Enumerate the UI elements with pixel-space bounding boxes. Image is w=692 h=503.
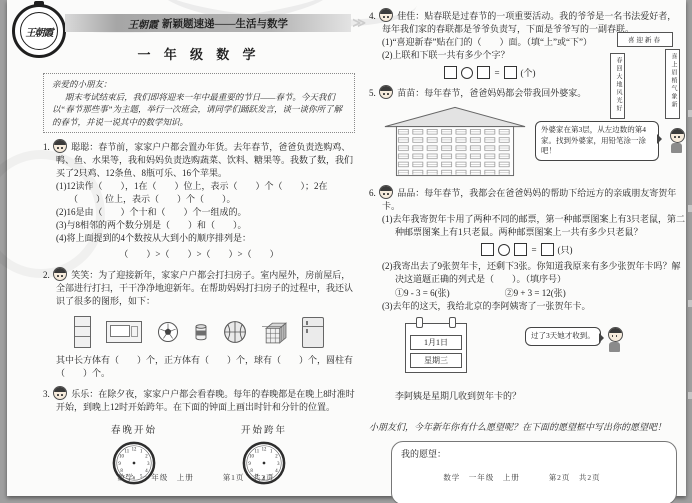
- question-3: 3. 乐乐：在除夕夜，家家户户都会看春晚。每年的春晚都是在晚上8时准时开始，到晚…: [43, 386, 355, 414]
- svg-text:12: 12: [132, 448, 137, 453]
- grade-title: 一 年 级 数 学: [43, 44, 355, 63]
- cabinet-image: [74, 316, 91, 348]
- question-2-blanks: 其中长方体有（ ）个，正方体有（ ）个，球有（ ）个，圆柱有（ ）个。: [43, 354, 355, 380]
- intro-box: 亲爱的小朋友： 期末考试结束后，我们即将迎来一年中最重要的节日——春节。今天我们…: [43, 73, 355, 133]
- answer-box: [541, 243, 554, 256]
- apartment-building-image: [383, 103, 527, 179]
- microwave-oven-image: [106, 321, 142, 343]
- question-1-sub-2: (2)16是由（ ）个十和（ ）个一组成的。: [43, 206, 355, 219]
- ordering-blanks: （ ）>（ ）>（ ）>（ ）: [43, 247, 355, 261]
- intro-body: 期末考试结束后，我们即将迎来一年中最重要的节日——春节。今天我们以“春节那些事”…: [52, 91, 346, 129]
- answer-box: [477, 66, 490, 79]
- scanned-worksheet-page: { "left": { "logo_text": "王朝霞", "bar": {…: [0, 0, 692, 503]
- footer-page-info: 第1页 共2页: [223, 473, 275, 482]
- question-3-text: 乐乐：在除夕夜，家家户户都会看春晚。每年的春晚都是在晚上8时准时开始，到晚上12…: [56, 389, 355, 412]
- page-2-footer: 数学 一年级 上册 第2页 共2页: [369, 472, 675, 483]
- equation-blanks: = (个): [369, 66, 611, 79]
- spring-couplet-image: 喜迎新春 春回大地风光好 喜上眉梢气象新: [605, 32, 685, 126]
- child-avatar-icon: [379, 85, 393, 99]
- girl-character-image: [667, 128, 685, 154]
- svg-text:10: 10: [119, 455, 124, 460]
- page-1-footer: 数学 一年级 上册 第1页 共2页: [43, 472, 349, 483]
- answer-options-row: ①9 - 3 = 6(张) ②9 + 3 = 12(张): [395, 286, 685, 300]
- page-edge-mark: [688, 300, 692, 307]
- speech-bubble: 外婆家在第3层，从左边数的第4家。找到外婆家，用铅笔涂一涂吧！: [535, 121, 659, 161]
- calendar-illustration-row: 1月1日 星期三 过了3天她才收到。: [405, 317, 685, 373]
- couplet-upper-scroll: 春回大地风光好: [610, 53, 625, 119]
- couplet-lower-scroll: 喜上眉梢气象新: [665, 49, 680, 119]
- page-2: 4. 佳佳：贴春联是过春节的一项重要活动。我的爷爷是一名书法爱好者，每年我们家的…: [369, 8, 685, 503]
- unit-label: (个): [521, 66, 536, 79]
- rubiks-cube-image: [262, 321, 287, 344]
- page-edge-mark: [688, 392, 692, 399]
- girl-face-icon: [670, 128, 685, 143]
- equals-sign: =: [531, 245, 536, 255]
- soccer-ball-image: [157, 321, 179, 343]
- girl-face-icon: [608, 327, 623, 342]
- child-avatar-icon: [53, 386, 67, 400]
- question-4-sub-2: (2)上联和下联一共有多少个字？: [369, 49, 611, 62]
- question-1-sub-1: (1)12读作（ ），1在（ ）位上，表示（ ）个（ ）；2在（ ）位上，表示（…: [43, 180, 355, 206]
- basketball-image: [223, 320, 247, 344]
- question-4-text: 佳佳：贴春联是过春节的一项重要活动。我的爷爷是一名书法爱好者，每年我们家的春联都…: [382, 11, 676, 34]
- brand-name: 王朝霞: [128, 16, 158, 31]
- girl-character-image: [605, 327, 623, 353]
- child-avatar-icon: [379, 8, 393, 22]
- question-5-text: 苗苗：每年春节，爸爸妈妈都会带我回外婆家。: [397, 88, 586, 98]
- svg-text:12: 12: [262, 448, 267, 453]
- question-2-text: 笑笑：为了迎接新年，家家户户都会打扫房子。室内屋外，房前屋后，全部进行打扫，干干…: [56, 270, 353, 306]
- question-2-number: 2.: [43, 270, 50, 280]
- chevron-decoration-icon: ≫: [352, 15, 366, 31]
- question-3-number: 3.: [43, 389, 50, 399]
- footer-book-info: 数学 一年级 上册: [443, 473, 520, 482]
- child-avatar-icon: [53, 139, 67, 153]
- question-1-number: 1.: [43, 142, 50, 152]
- answer-box: [504, 66, 517, 79]
- child-avatar-icon: [379, 185, 393, 199]
- question-1-text: 聪聪：春节前，家家户户都会置办年货。去年春节，爸爸负责选购鸡、鸭、鱼、水果等，我…: [56, 142, 353, 178]
- operator-circle: [498, 244, 510, 256]
- question-2: 2. 笑笑：为了迎接新年，家家户户都会打扫房子。室内屋外，房前屋后，全部进行打扫…: [43, 267, 355, 308]
- answer-box: [444, 66, 457, 79]
- question-5-number: 5.: [369, 88, 376, 98]
- svg-text:10: 10: [249, 455, 254, 460]
- page-edge-mark: [688, 205, 692, 212]
- page-1: 一 年 级 数 学 亲爱的小朋友： 期末考试结束后，我们即将迎来一年中最重要的节…: [43, 38, 355, 491]
- footer-page-info: 第2页 共2页: [549, 473, 601, 482]
- answer-box: [481, 243, 494, 256]
- refrigerator-image: [302, 317, 324, 348]
- calendar-date: 1月1日: [410, 335, 462, 350]
- question-6-text: 品品：每年春节，我都会在爸爸妈妈的帮助下给远方的亲戚朋友寄贺年卡。: [382, 188, 676, 211]
- question-6: 6. 品品：每年春节，我都会在爸爸妈妈的帮助下给远方的亲戚朋友寄贺年卡。: [369, 185, 685, 213]
- wish-prompt: 小朋友们，今年新年你有什么愿望呢？在下面的愿望框中写出你的愿望吧！: [369, 420, 685, 433]
- question-6-sub-1: (1)去年我寄贺年卡用了两种不同的邮票，第一种邮票图案上有3只老鼠，第二种邮票图…: [369, 213, 685, 239]
- answer-box: [514, 243, 527, 256]
- calendar-weekday: 星期三: [410, 353, 462, 368]
- worksheet-spread: 王朝霞 王朝霞 新颖题速递——生活与数学 ≫ 一 年 级 数 学 亲爱的小朋友：…: [7, 0, 686, 496]
- series-header-bar: 王朝霞 新颖题速递——生活与数学 ≫: [65, 14, 351, 32]
- child-avatar-icon: [53, 267, 67, 281]
- series-title: 新颖题速递——生活与数学: [162, 16, 288, 31]
- question-4-sub-1: (1)“喜迎新春”贴在门的（ ）面。（填“上”或“下”）: [369, 36, 611, 49]
- operator-circle: [461, 67, 473, 79]
- question-1-sub-3: (3)与8相邻的两个数分别是（ ）和（ ）。: [43, 219, 355, 232]
- calendar-page-image: 1月1日 星期三: [405, 323, 467, 373]
- intro-salutation: 亲爱的小朋友：: [52, 78, 346, 91]
- question-6-followup: 李阿姨是星期几收到贺年卡的？: [395, 389, 685, 402]
- option-2: ②9 + 3 = 12(张): [505, 286, 566, 300]
- question-1-sub-4: (4)将上面提到的4个数按从大到小的顺序排列是：: [43, 232, 355, 245]
- footer-book-info: 数学 一年级 上册: [117, 473, 194, 482]
- question-4-number: 4.: [369, 11, 376, 21]
- question-6-number: 6.: [369, 188, 376, 198]
- question-6-sub-2: (2)我寄出去了9张贺年卡，还剩下3张。你知道我原来有多少张贺年卡吗？解决这道题…: [369, 260, 685, 286]
- unit-label: (只): [558, 243, 573, 256]
- svg-text:11: 11: [255, 449, 260, 454]
- clock-label: 春晚开始: [79, 422, 189, 436]
- question-1: 1. 聪聪：春节前，家家户户都会置办年货。去年春节，爸爸负责选购鸡、鸭、鱼、水果…: [43, 139, 355, 180]
- shapes-illustration-row: [43, 314, 355, 350]
- page-edge-mark: [688, 110, 692, 117]
- question-6-sub-3: (3)去年的这天，我给北京的李阿姨寄了一张贺年卡。: [369, 300, 685, 313]
- svg-text:11: 11: [125, 449, 130, 454]
- speech-bubble: 过了3天她才收到。: [525, 327, 601, 346]
- equals-sign: =: [494, 68, 499, 78]
- couplet-banner: 喜迎新春: [617, 32, 673, 47]
- tin-can-image: [194, 323, 208, 342]
- wish-box-label: 我的愿望：: [401, 449, 446, 459]
- option-1: ①9 - 3 = 6(张): [395, 286, 450, 300]
- clock-label: 开始跨年: [209, 422, 319, 436]
- equation-blanks: = (只): [369, 243, 685, 256]
- question-4-block: 4. 佳佳：贴春联是过春节的一项重要活动。我的爷爷是一名书法爱好者，每年我们家的…: [369, 8, 685, 79]
